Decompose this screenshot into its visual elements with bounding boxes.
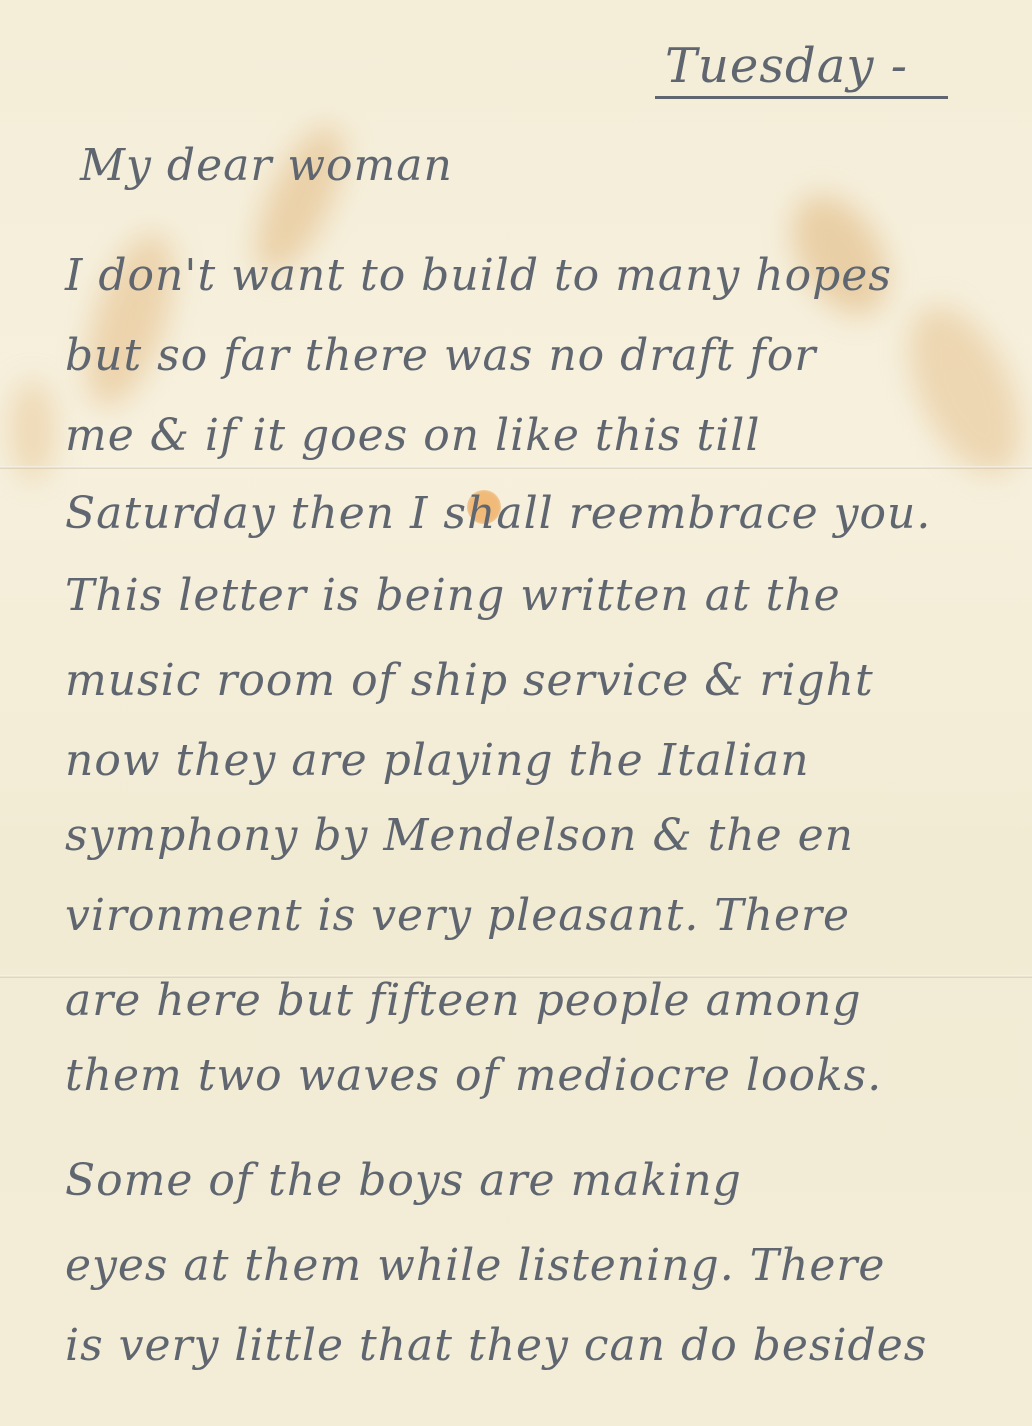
letter-line: now they are playing the Italian	[65, 735, 810, 786]
water-stain	[10, 380, 55, 480]
letter-date: Tuesday -	[655, 38, 948, 99]
letter-line: but so far there was no draft for	[65, 330, 816, 381]
letter-line: vironment is very pleasant. There	[65, 890, 850, 941]
letter-line: Some of the boys are making	[65, 1155, 742, 1206]
letter-line: symphony by Mendelson & the en	[65, 810, 854, 861]
letter-line: them two waves of mediocre looks.	[65, 1050, 882, 1101]
letter-page: Tuesday - My dear woman I don't want to …	[0, 0, 1032, 1426]
letter-line: Saturday then I shall reembrace you.	[65, 488, 931, 539]
letter-line: This letter is being written at the	[65, 570, 841, 621]
letter-line: music room of ship service & right	[65, 655, 874, 706]
letter-line: me & if it goes on like this till	[65, 410, 760, 461]
letter-line: I don't want to build to many hopes	[65, 250, 892, 301]
salutation: My dear woman	[80, 140, 453, 191]
letter-line: eyes at them while listening. There	[65, 1240, 885, 1291]
water-stain	[886, 289, 1032, 490]
letter-line: are here but fifteen people among	[65, 975, 862, 1026]
paper-fold	[0, 466, 1032, 469]
letter-line: is very little that they can do besides	[65, 1320, 927, 1371]
